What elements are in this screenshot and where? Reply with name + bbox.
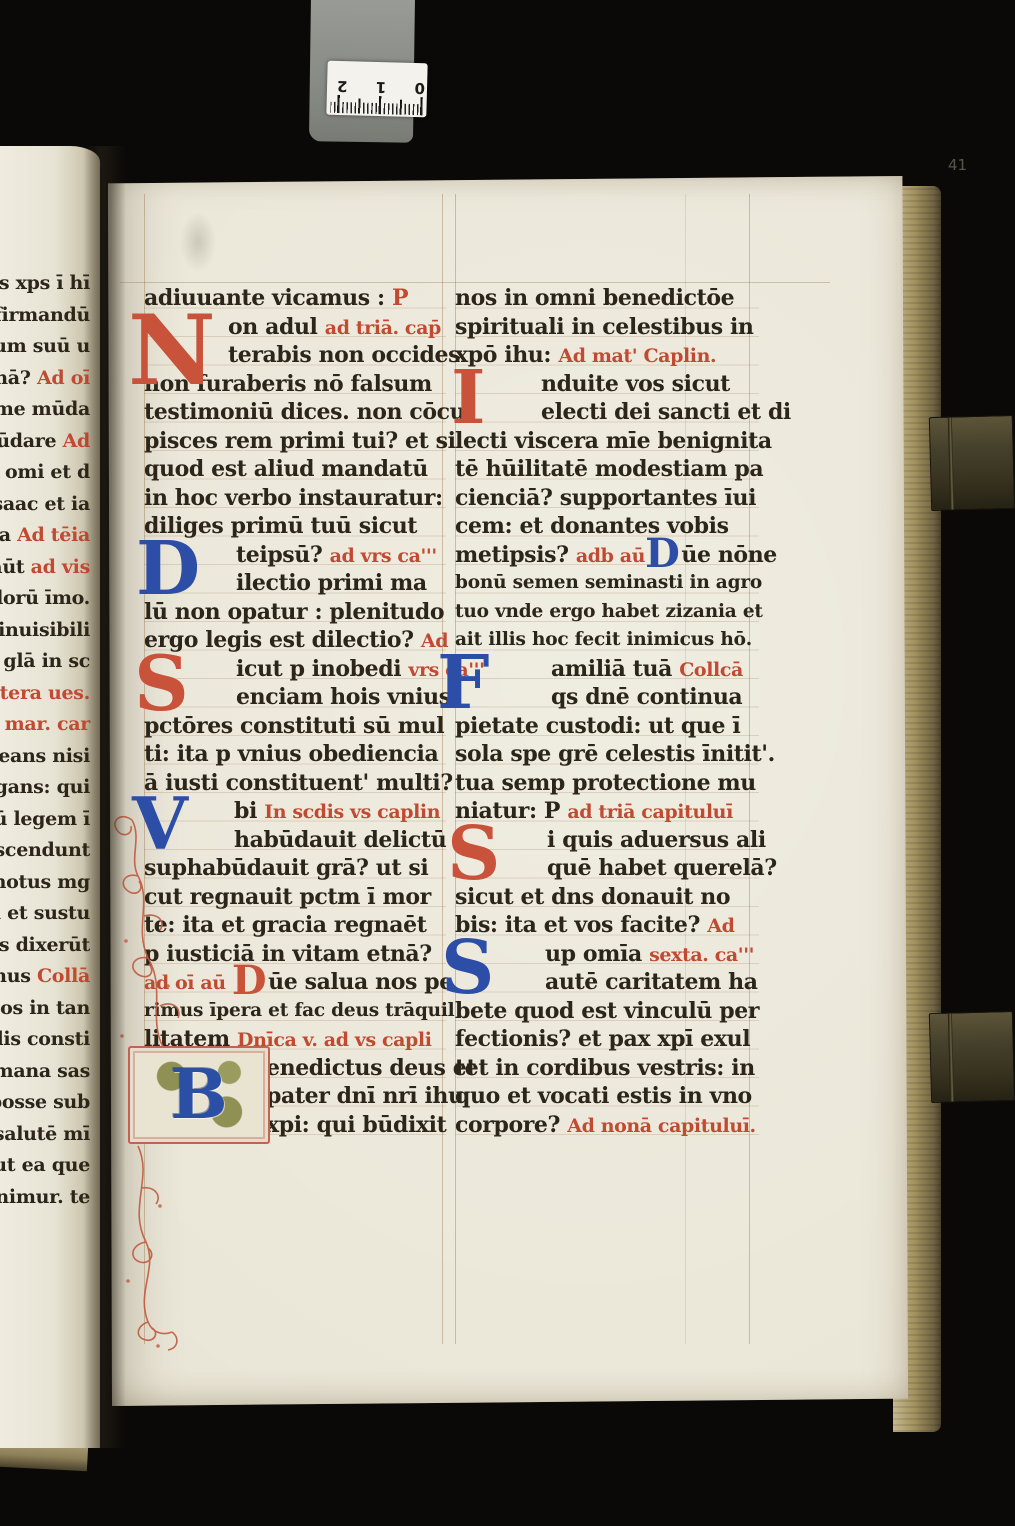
- manuscript-text: habūdauit delictū: [234, 827, 446, 853]
- manuscript-text: quo et vocati estis in vno: [455, 1083, 752, 1109]
- manuscript-text: up omīa: [545, 941, 649, 967]
- rubric-text: Collcā: [679, 659, 743, 681]
- initial-letter-v: V: [132, 791, 188, 857]
- initial-letter: B: [170, 1055, 227, 1135]
- manuscript-text: tē hūilitatē modestiam pa: [455, 456, 763, 482]
- rubric-text: ad vrs ca''': [330, 545, 437, 567]
- manuscript-text: terabis non occides: [228, 342, 460, 368]
- rubric-text: Ad mar. car: [0, 713, 90, 735]
- manuscript-text: umana sas: [0, 1060, 90, 1082]
- manuscript-text: scendunt: [0, 839, 90, 861]
- manuscript-text-line: quod est aliud mandatū: [144, 455, 446, 484]
- manuscript-page: adiuuante vicamus : Pon adul ad triā. ca…: [108, 176, 908, 1406]
- rubric-text: ad triā capituluī: [567, 801, 733, 823]
- manuscript-text: quod est aliud mandatū: [144, 456, 428, 482]
- manuscript-text: cialis consti: [0, 1028, 90, 1050]
- facing-page-text-fragment: s? ut ea que: [0, 1150, 90, 1182]
- ruler-tick-marks: [330, 95, 422, 115]
- facing-page-text-fragment: sculorū īmo.: [0, 583, 90, 615]
- manuscript-text-line: ergo legis est dilectio? Ad: [144, 626, 446, 655]
- facing-page-text-fragment: uiu Ad mar. car: [0, 709, 90, 741]
- manuscript-text-line: bonū semen seminasti in agro: [455, 569, 759, 598]
- manuscript-text-line: fectionis? et pax xpī exul: [455, 1025, 759, 1054]
- rubric-text: sexta. ca''': [649, 944, 754, 966]
- rubric-text: adb aū: [576, 545, 645, 567]
- manuscript-text-line: spirituali in celestibus in: [455, 313, 759, 342]
- text-column-right: nos in omni benedictōespirituali in cele…: [455, 284, 759, 1144]
- scale-ruler: 0 1 2: [326, 61, 427, 118]
- facing-page-text-fragment: cialis consti: [0, 1024, 90, 1056]
- initial-letter-i: I: [451, 364, 486, 432]
- manuscript-text: cem: et donantes vobis: [455, 513, 729, 539]
- ruler-number-2: 2: [337, 77, 348, 95]
- manuscript-text: spirituali in celestibus in: [455, 314, 754, 340]
- rubric-text: ad vis: [31, 556, 90, 578]
- facing-page-text-fragment: ur ihus xps ī hī: [0, 268, 90, 300]
- facing-page-text-fragment: b:ahā et ysaac et ia: [0, 489, 90, 521]
- manuscript-text: u vis potes me mūda: [0, 398, 90, 420]
- manuscript-text: teipsū?: [236, 542, 330, 568]
- manuscript-text: t in mari et sustu: [0, 902, 90, 924]
- initial-letter-s: S: [447, 820, 500, 888]
- manuscript-text: bonū semen seminasti in agro: [455, 572, 762, 593]
- manuscript-text: s? ut ea que: [0, 1154, 90, 1176]
- manuscript-text-line: bis: ita et vos facite? Ad: [455, 911, 759, 940]
- manuscript-text-line: up omīa sexta. ca''': [455, 940, 849, 969]
- manuscript-text-line: tua semp protectione mu: [455, 769, 759, 798]
- manuscript-text: qī debeans nisi: [0, 745, 90, 767]
- manuscript-text-line: quo et vocati estis in vno: [455, 1082, 759, 1111]
- manuscript-text-line: i quis aduersus ali: [455, 826, 851, 855]
- facing-page-text-fragment: itur ab omi et d: [0, 457, 90, 489]
- manuscript-text-line: corpore? Ad nonā capituluī.: [455, 1111, 759, 1140]
- manuscript-text: sola spe grē celestis īnitit'.: [455, 741, 775, 767]
- rubric-text: Collā: [37, 965, 90, 987]
- manuscript-text: i quis aduersus ali: [547, 827, 766, 853]
- facing-page-text-fragment: umana sas: [0, 1056, 90, 1088]
- facing-page-text-fragment: obis salutē mī: [0, 1119, 90, 1151]
- manuscript-text: ad cōfirmandū: [0, 304, 90, 326]
- facing-page-text-fragment: rali inuisibili: [0, 615, 90, 647]
- manuscript-text: in hoc verbo instauratur:: [144, 485, 443, 511]
- manuscript-text-line: sola spe grē celestis īnitit'.: [455, 740, 759, 769]
- manuscript-text: pisces rem primi tui? et si: [144, 428, 456, 454]
- manuscript-text: sculorū īmo.: [0, 587, 90, 609]
- manuscript-text-line: lecti viscera mīe benignita: [455, 427, 759, 456]
- manuscript-text: fectionis? et pax xpī exul: [455, 1026, 750, 1052]
- ruler-number-1: 1: [376, 78, 387, 96]
- initial-letter-d: D: [136, 535, 200, 603]
- manuscript-text-line: tuo vnde ergo habet zizania et: [455, 598, 759, 627]
- manuscript-text: ait illis hoc fecit inimicus hō.: [455, 629, 752, 650]
- manuscript-text: nduite vos sicut: [541, 371, 730, 397]
- facing-page-text-fragment: u cordium suū u: [0, 331, 90, 363]
- manuscript-text: itur ab omi et d: [0, 461, 90, 483]
- manuscript-text-line: cem: et donantes vobis: [455, 512, 759, 541]
- manuscript-text: lecti viscera mīe benignita: [455, 428, 772, 454]
- manuscript-text: corpore?: [455, 1112, 567, 1138]
- manuscript-text: volo mūdare: [0, 430, 63, 452]
- rubric-text: Cetera ues.: [0, 682, 90, 704]
- manuscript-text-line: nos in omni benedictōe: [455, 284, 759, 313]
- manuscript-text: on adul: [228, 314, 325, 340]
- manuscript-text: amiliā tuā: [551, 656, 679, 682]
- ruler-number-0: 0: [414, 79, 425, 97]
- manuscript-text: primū legem ī: [0, 808, 90, 830]
- manuscript-text: bete quod est vinculū per: [455, 998, 759, 1024]
- manuscript-text: xpi: qui būdixit: [266, 1112, 446, 1138]
- initial-letter-f: F: [437, 649, 490, 717]
- parchment-smudge: [180, 212, 216, 272]
- manuscript-text: enedictus deus et: [266, 1055, 476, 1081]
- manuscript-text: tuo vnde ergo habet zizania et: [455, 601, 763, 622]
- rubric-text: Ad mat' Caplin.: [558, 345, 716, 367]
- manuscript-text: non posse sub: [0, 1091, 90, 1113]
- manuscript-text: obis salutē mī: [0, 1123, 90, 1145]
- manuscript-text: egi aūt: [0, 556, 31, 578]
- folio-number: 41: [948, 156, 967, 174]
- ruling-line-horizontal: [120, 282, 830, 283]
- manuscript-text-line: amiliā tuā Collcā: [455, 655, 855, 684]
- facing-page-text-fragment: būā Ascendunt: [0, 835, 90, 867]
- manuscript-text: metipsis?: [455, 542, 576, 568]
- facing-page-text-fragment: ono: et glā in sc: [0, 646, 90, 678]
- rubric-text: ad triā. cap̄: [325, 317, 441, 339]
- facing-page-text-fragment: ui nos in tan: [0, 993, 90, 1025]
- manuscript-text: icut p inobedi: [236, 656, 408, 682]
- rubric-text: Ad tēia: [17, 524, 90, 546]
- rubric-text: Ad: [63, 430, 90, 452]
- rubric-text: Ad oī: [37, 367, 90, 389]
- manuscript-text: rali inuisibili: [0, 619, 90, 641]
- manuscript-text: animur. te: [0, 1186, 90, 1208]
- facing-page-edge: ur ihus xps ī hīad cōfirmandūu cordium s…: [0, 146, 100, 1448]
- manuscript-text: ono: et glā in sc: [0, 650, 90, 672]
- rubric-text: Ad nonā capituluī.: [567, 1115, 756, 1137]
- illuminated-initial-b: B: [128, 1046, 270, 1144]
- facing-page-text-fragment: diligans: qui: [0, 772, 90, 804]
- manuscript-text-line: cienciā? supportantes īui: [455, 484, 759, 513]
- manuscript-text: nos in omni benedictōe: [455, 285, 734, 311]
- book-clasp-top: [929, 415, 1015, 511]
- manuscript-text: cienciā? supportantes īui: [455, 485, 756, 511]
- manuscript-text-line: tē hūilitatē modestiam pa: [455, 455, 759, 484]
- manuscript-text: ūe salua nos pe: [268, 969, 453, 995]
- manuscript-text: ui eternā?: [0, 367, 37, 389]
- manuscript-text: quē habet querelā?: [547, 855, 777, 881]
- manuscript-text-line: nduite vos sicut: [455, 370, 845, 399]
- facing-page-text-fragment: egi aūt ad vis: [0, 552, 90, 584]
- manuscript-text-line: xpō ihu: Ad mat' Caplin.: [455, 341, 759, 370]
- initial-letter-s: S: [441, 934, 494, 1002]
- manuscript-text: u cordium suū u: [0, 335, 90, 357]
- manuscript-text-line: ait illis hoc fecit inimicus hō.: [455, 626, 759, 655]
- manuscript-text-line: pietate custodi: ut que ī: [455, 712, 759, 741]
- manuscript-text-line: niatur: P ad triā capituluī: [455, 797, 759, 826]
- manuscript-text: qs dnē continua: [551, 684, 742, 710]
- facing-page-text-fragment: qī debeans nisi: [0, 741, 90, 773]
- manuscript-text: tua semp protectione mu: [455, 770, 756, 796]
- manuscript-text: puli eius dixerūt: [0, 934, 90, 956]
- manuscript-text-line: bete quod est vinculū per: [455, 997, 759, 1026]
- facing-page-text-fragment: u vis potes me mūda: [0, 394, 90, 426]
- manuscript-text: celorū alla: [0, 524, 17, 546]
- rubric-text: Ad: [707, 915, 734, 937]
- manuscript-text: bi: [234, 798, 264, 824]
- manuscript-text-line: sicut et dns donauit no: [455, 883, 759, 912]
- book-clasp-bottom: [929, 1011, 1015, 1103]
- manuscript-text: mulā ecce motus mg: [0, 871, 90, 893]
- manuscript-text: enciam hois vnius: [236, 684, 451, 710]
- manuscript-text-line: qs dnē continua: [455, 683, 855, 712]
- rubric-text: P: [392, 285, 408, 311]
- rubric-text: In scdis vs caplin: [264, 801, 440, 823]
- manuscript-text-line: autē caritatem ha: [455, 968, 849, 997]
- manuscript-text: pctōres constituti sū mul: [144, 713, 444, 739]
- facing-page-text-fragment: s perimus Collā: [0, 961, 90, 993]
- manuscript-text: tet in cordibus vestris: in: [455, 1055, 755, 1081]
- manuscript-text-line: in hoc verbo instauratur:: [144, 484, 446, 513]
- manuscript-text: ui nos in tan: [0, 997, 90, 1019]
- facing-page-text-fragment: ad cōfirmandū: [0, 300, 90, 332]
- facing-page-text-fragment: animur. te: [0, 1182, 90, 1214]
- facing-page-text-fragment: primū legem ī: [0, 804, 90, 836]
- facing-page-text-fragment: puli eius dixerūt: [0, 930, 90, 962]
- facing-page-text-fragment: t in mari et sustu: [0, 898, 90, 930]
- manuscript-text-line: tet in cordibus vestris: in: [455, 1054, 759, 1083]
- manuscript-text: ilectio primi ma: [236, 570, 427, 596]
- manuscript-text: pietate custodi: ut que ī: [455, 713, 740, 739]
- manuscript-text-line: metipsis? adb aūDūe nōne: [455, 541, 759, 570]
- manuscript-photograph: 0 1 2 41 ur ihus xps ī hīad cōfirmandūu …: [0, 0, 1015, 1526]
- manuscript-text: ūe nōne: [681, 542, 777, 568]
- manuscript-text: pater dnī nrī ihu: [266, 1083, 464, 1109]
- manuscript-text: diligans: qui: [0, 776, 90, 798]
- facing-page-text-fragment: orū? Cetera ues.: [0, 678, 90, 710]
- initial-letter-n: N: [128, 307, 216, 395]
- initial-letter-s: S: [134, 649, 189, 719]
- facing-page-text-fragment: volo mūdare Ad: [0, 426, 90, 458]
- manuscript-text: b:ahā et ysaac et ia: [0, 493, 90, 515]
- facing-page-text-fragment: ui eternā? Ad oī: [0, 363, 90, 395]
- manuscript-text: autē caritatem ha: [545, 969, 758, 995]
- facing-page-text-fragment: non posse sub: [0, 1087, 90, 1119]
- manuscript-text-line: pisces rem primi tui? et si: [144, 427, 446, 456]
- facing-page-text-fragment: celorū alla Ad tēia: [0, 520, 90, 552]
- manuscript-text: s perimus: [0, 965, 37, 987]
- manuscript-text: electi dei sancti et di: [541, 399, 791, 425]
- manuscript-text: ur ihus xps ī hī: [0, 272, 90, 294]
- manuscript-text-line: electi dei sancti et di: [455, 398, 845, 427]
- manuscript-text-line: quē habet querelā?: [455, 854, 851, 883]
- ruler-numbers: 0 1 2: [337, 77, 425, 97]
- facing-page-text-fragment: mulā ecce motus mg: [0, 867, 90, 899]
